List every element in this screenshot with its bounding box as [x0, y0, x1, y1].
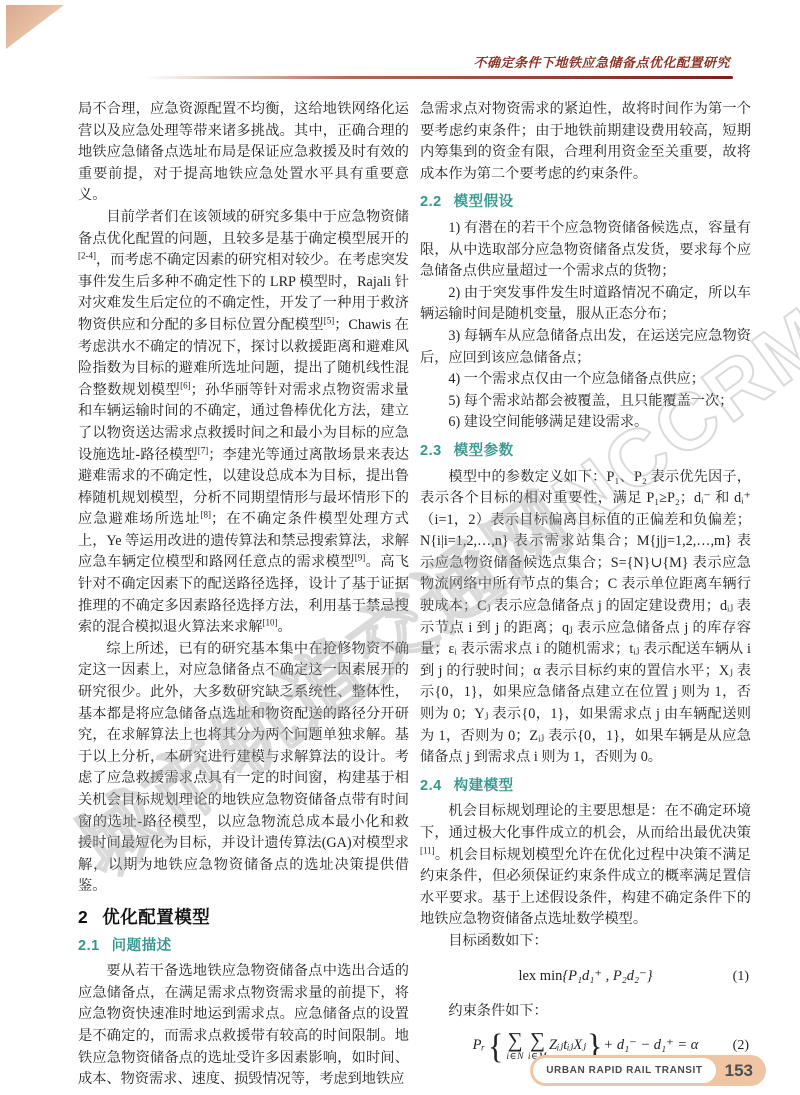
- page-number: 153: [716, 1061, 763, 1081]
- open-brace: {: [487, 1029, 504, 1064]
- equation-body: {P₁d₁⁺ , P₂d₂⁻}: [562, 966, 652, 988]
- subsection-number: 2.4: [420, 776, 442, 798]
- paragraph: 机会目标规划理论的主要思想是：在不确定环境下，通过极大化事件成立的机会，从而给出…: [420, 801, 751, 931]
- paragraph: 模型中的参数定义如下：P₁、P₂ 表示优先因子，表示各个目标的相对重要性，满足 …: [420, 467, 751, 769]
- paragraph: 要从若干备选地铁应急物资储备点中选出合适的应急储备点，在满足需求点物资需求量的前…: [78, 961, 409, 1091]
- left-column: 局不合理，应急资源配置不均衡，这给地铁网络化运营以及应急处理等带来诸多挑战。其中…: [78, 99, 409, 1091]
- subsection-number: 2.1: [78, 936, 100, 958]
- subsection-heading: 2.2 模型假设: [420, 192, 751, 214]
- equation-tail: + d₁⁻ − d₁⁺ = α: [603, 1035, 698, 1057]
- right-column: 急需求点对物资需求的紧迫性，故将时间作为第一个要考虑约束条件；由于地铁前期建设费…: [420, 99, 751, 1070]
- paragraph: 局不合理，应急资源配置不均衡，这给地铁网络化运营以及应急处理等带来诸多挑战。其中…: [78, 99, 409, 207]
- subsection-heading: 2.4 构建模型: [420, 776, 751, 798]
- equation-intro: 目标函数如下：: [420, 931, 751, 953]
- section-number: 2: [78, 907, 88, 929]
- equation-operator: lex min: [518, 966, 562, 988]
- equation-intro: 约束条件如下：: [420, 1001, 751, 1023]
- section-heading: 2 优化配置模型: [78, 907, 409, 929]
- summation-symbol: ∑ i∈N: [506, 1030, 524, 1063]
- equation-number: (2): [733, 1035, 749, 1057]
- list-item: 1) 有潜在的若干个应急物资储备候选点，容量有限，从中选取部分应急物资储备点发货…: [420, 218, 751, 283]
- subsection-title: 模型假设: [454, 192, 514, 214]
- list-item: 4) 一个需求点仅由一个应急储备点供应；: [420, 369, 751, 391]
- paragraph: 急需求点对物资需求的紧迫性，故将时间作为第一个要考虑约束条件；由于地铁前期建设费…: [420, 99, 751, 185]
- list-item: 3) 每辆车从应急储备点出发，在运送完应急物资后，应回到该应急储备点；: [420, 326, 751, 369]
- equation-1: lex min {P₁d₁⁺ , P₂d₂⁻} (1): [420, 960, 751, 994]
- subsection-heading: 2.3 模型参数: [420, 441, 751, 463]
- running-head-title: 不确定条件下地铁应急储备点优化配置研究: [0, 52, 730, 71]
- paragraph: 目前学者们在该领域的研究多集中于应急物资储备点优化配置的问题，且较多是基于确定模…: [78, 207, 409, 639]
- subsection-title: 模型参数: [454, 441, 514, 463]
- sigma-glyph: ∑: [530, 1030, 545, 1051]
- header-rule: [145, 76, 733, 79]
- sigma-glyph: ∑: [508, 1030, 523, 1051]
- corner-decoration: [6, 5, 64, 49]
- journal-name: URBAN RAPID RAIL TRANSIT: [533, 1058, 715, 1083]
- sigma-subscript: i∈N: [506, 1053, 524, 1063]
- footer-journal-badge: URBAN RAPID RAIL TRANSIT 153: [530, 1055, 766, 1086]
- list-item: 5) 每个需求站都会被覆盖，且只能覆盖一次；: [420, 391, 751, 413]
- equation-probability-symbol: Pᵣ: [473, 1035, 485, 1057]
- section-title: 优化配置模型: [102, 907, 210, 929]
- subsection-heading: 2.1 问题描述: [78, 936, 409, 958]
- subsection-title: 构建模型: [454, 776, 514, 798]
- subsection-number: 2.3: [420, 441, 442, 463]
- journal-page: 不确定条件下地铁应急储备点优化配置研究 城市轨道交通网NCCRM 局不合理，应急…: [0, 0, 800, 1095]
- subsection-number: 2.2: [420, 192, 442, 214]
- list-item: 6) 建设空间能够满足建设需求。: [420, 412, 751, 434]
- equation-number: (1): [733, 966, 749, 988]
- subsection-title: 问题描述: [112, 936, 172, 958]
- list-item: 2) 由于突发事件发生时道路情况不确定，所以车辆运输时间是随机变量，服从正态分布…: [420, 283, 751, 326]
- equation-body: ZᵢⱼtᵢⱼXⱼ: [549, 1035, 586, 1057]
- paragraph: 综上所述，已有的研究基本集中在抢修物资不确定这一因素上，对应急储备点不确定这一因…: [78, 639, 409, 898]
